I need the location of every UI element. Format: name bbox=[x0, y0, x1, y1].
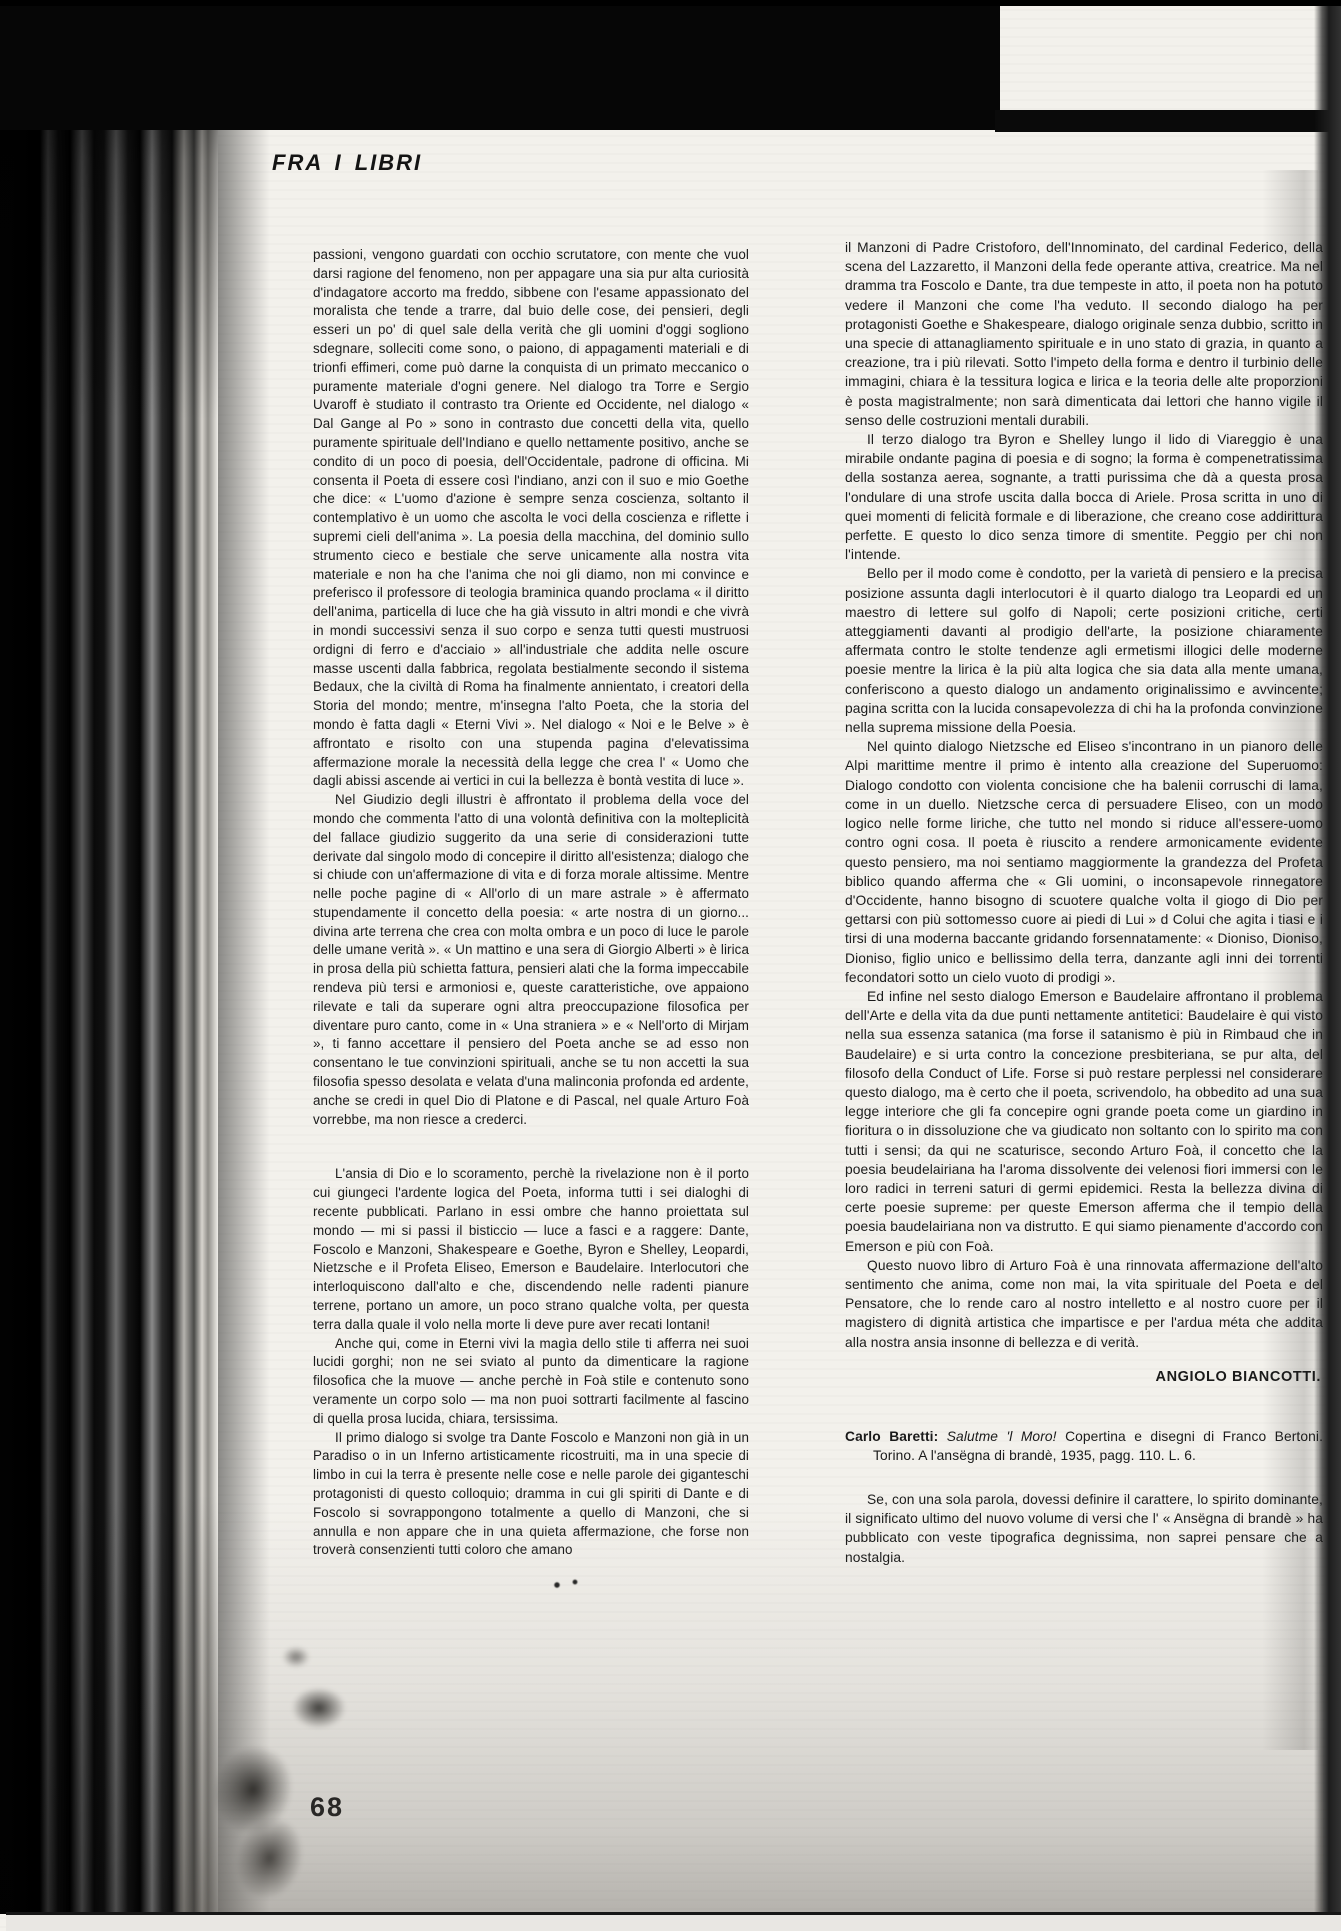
scanned-page: FRA I LIBRI passioni, vengono guardati c… bbox=[0, 0, 1341, 1931]
paragraph: Il terzo dialogo tra Byron e Shelley lun… bbox=[845, 430, 1323, 564]
paragraph: Ed infine nel sesto dialogo Emerson e Ba… bbox=[845, 987, 1323, 1256]
gutter-fade bbox=[218, 0, 270, 1914]
left-text-column: passioni, vengono guardati con occhio sc… bbox=[313, 246, 749, 1560]
page-number: 68 bbox=[310, 1792, 344, 1823]
paragraph: Questo nuovo libro di Arturo Foà è una r… bbox=[845, 1256, 1323, 1352]
paragraph: Il primo dialogo si svolge tra Dante Fos… bbox=[313, 1429, 749, 1561]
book-author: Carlo Baretti: bbox=[845, 1429, 947, 1444]
book-title: Salutme 'l Moro! bbox=[947, 1429, 1065, 1444]
scan-top-edge bbox=[0, 0, 1000, 130]
paragraph: Nel Giudizio degli illustri è affrontato… bbox=[313, 791, 749, 1129]
right-text-column: il Manzoni di Padre Cristoforo, dell'Inn… bbox=[845, 238, 1323, 1567]
book-citation: Carlo Baretti: Salutme 'l Moro! Copertin… bbox=[845, 1427, 1323, 1466]
scan-bottom-edge bbox=[6, 1912, 1341, 1931]
author-signature: ANGIOLO BIANCOTTI. bbox=[845, 1368, 1323, 1387]
paragraph: L'ansia di Dio e lo scoramento, perchè l… bbox=[313, 1165, 749, 1334]
scan-right-edge bbox=[1314, 0, 1341, 1931]
paragraph: passioni, vengono guardati con occhio sc… bbox=[313, 246, 749, 791]
book-gutter-shadow bbox=[0, 0, 218, 1914]
paragraph: Anche qui, come in Eterni vivi la magìa … bbox=[313, 1335, 749, 1429]
paragraph: Nel quinto dialogo Nietzsche ed Eliseo s… bbox=[845, 737, 1323, 987]
scan-top-edge-right bbox=[995, 110, 1341, 132]
paragraph: Bello per il modo come è condotto, per l… bbox=[845, 564, 1323, 737]
scan-top-line bbox=[0, 0, 1341, 6]
book-review-paragraph: Se, con una sola parola, dovessi definir… bbox=[845, 1490, 1323, 1567]
paragraph: il Manzoni di Padre Cristoforo, dell'Inn… bbox=[845, 238, 1323, 430]
section-header: FRA I LIBRI bbox=[272, 150, 422, 176]
